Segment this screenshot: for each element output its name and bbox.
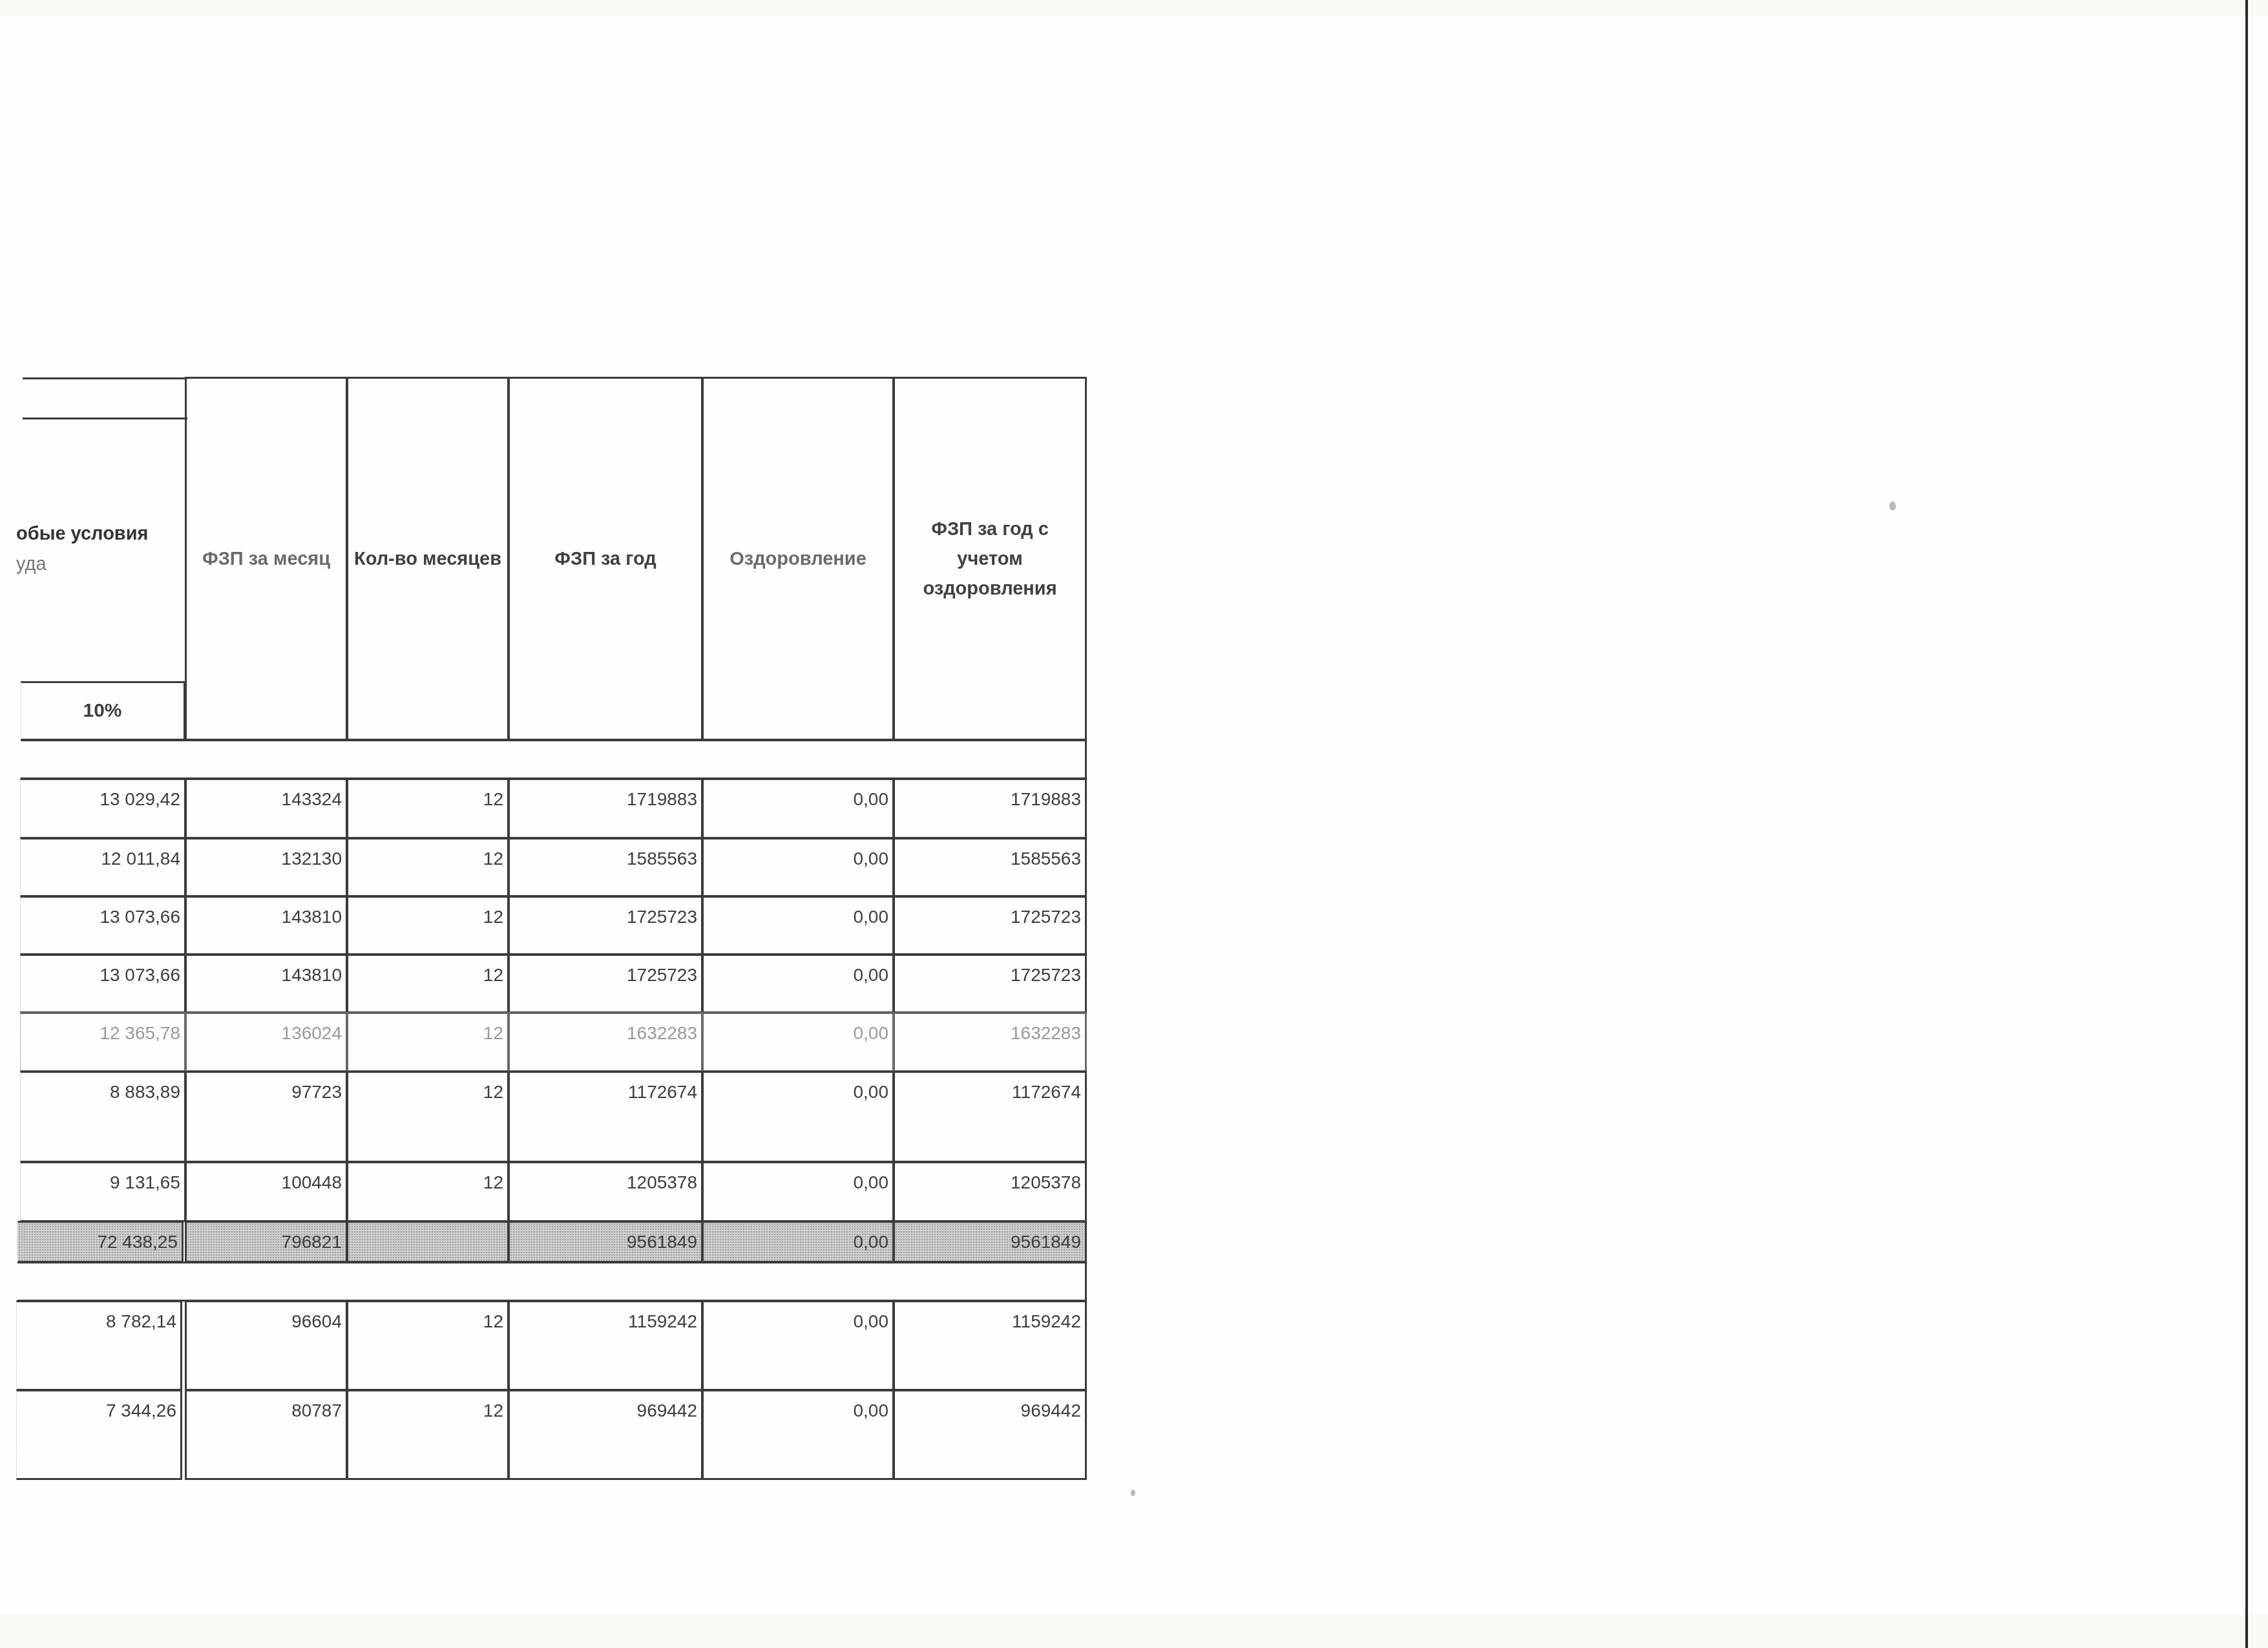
header-fzp-year: ФЗП за год — [508, 377, 703, 741]
cell-fzp-year: 969442 — [508, 1389, 703, 1480]
header-special-conditions: обые условия — [16, 523, 148, 545]
header-subdivider — [23, 417, 187, 419]
cell-special-conditions: 12 011,84 — [20, 838, 186, 897]
cell-recovery: 0,00 — [702, 1389, 894, 1480]
header-percent-cell: 10% — [21, 681, 185, 741]
cell-fzp-year: 1725723 — [508, 896, 703, 955]
cell-recovery: 0,00 — [702, 954, 894, 1013]
cell-fzp-year: 1205378 — [508, 1161, 703, 1222]
cell-fzp-year: 1725723 — [508, 954, 703, 1013]
separator-row — [21, 739, 1087, 779]
cell-months: 12 — [346, 838, 509, 897]
cell-fzp-month: 143810 — [185, 954, 348, 1013]
paper-bottom-edge — [0, 1614, 2268, 1648]
cell-months — [346, 1221, 509, 1263]
paper-top-edge — [0, 0, 2268, 16]
cell-fzp-month: 80787 — [185, 1389, 348, 1480]
cell-fzp-month: 143324 — [185, 778, 348, 839]
cell-fzp-year-with-recovery: 1632283 — [893, 1012, 1087, 1072]
cell-recovery: 0,00 — [702, 1161, 894, 1222]
cell-fzp-year-with-recovery: 969442 — [893, 1389, 1087, 1480]
cell-fzp-year-with-recovery: 1725723 — [893, 896, 1087, 955]
cell-months: 12 — [346, 1012, 509, 1072]
cell-special-conditions: 7 344,26 — [16, 1389, 182, 1480]
cell-fzp-month: 97723 — [185, 1071, 348, 1163]
header-special-conditions-line2: уда — [16, 554, 47, 575]
cell-fzp-month: 132130 — [185, 838, 348, 897]
scan-speck — [1131, 1490, 1135, 1496]
header-top-border — [23, 377, 187, 379]
cell-special-conditions: 13 073,66 — [20, 954, 186, 1013]
cell-months: 12 — [346, 778, 509, 839]
paper-right-edge — [2245, 0, 2248, 1648]
cell-special-conditions: 12 365,78 — [20, 1012, 186, 1072]
cell-recovery: 0,00 — [702, 1071, 894, 1163]
cell-recovery: 0,00 — [702, 778, 894, 839]
cell-fzp-year: 1719883 — [508, 778, 703, 839]
cell-fzp-year: 1585563 — [508, 838, 703, 897]
cell-fzp-year: 1172674 — [508, 1071, 703, 1163]
cell-fzp-year-with-recovery: 1585563 — [893, 838, 1087, 897]
cell-special-conditions: 13 073,66 — [20, 896, 186, 955]
cell-fzp-year-with-recovery: 1172674 — [893, 1071, 1087, 1163]
separator-row — [17, 1262, 1087, 1302]
cell-special-conditions: 9 131,65 — [20, 1161, 186, 1222]
cell-months: 12 — [346, 1300, 509, 1391]
scan-speck — [1889, 502, 1896, 511]
cell-recovery: 0,00 — [702, 1221, 894, 1263]
cell-fzp-month: 96604 — [185, 1300, 348, 1391]
cell-fzp-year: 9561849 — [508, 1221, 703, 1263]
cell-months: 12 — [346, 896, 509, 955]
cell-months: 12 — [346, 1161, 509, 1222]
cell-months: 12 — [346, 1389, 509, 1480]
cell-recovery: 0,00 — [702, 896, 894, 955]
cell-fzp-year: 1632283 — [508, 1012, 703, 1072]
cell-months: 12 — [346, 954, 509, 1013]
cell-months: 12 — [346, 1071, 509, 1163]
cell-special-conditions: 13 029,42 — [20, 778, 186, 839]
header-months-count: Кол-во месяцев — [346, 377, 509, 741]
cell-fzp-year-with-recovery: 1719883 — [893, 778, 1087, 839]
header-recovery: Оздоровление — [702, 377, 894, 741]
cell-special-conditions: 8 883,89 — [20, 1071, 186, 1163]
cell-fzp-year-with-recovery: 1725723 — [893, 954, 1087, 1013]
header-fzp-year-with-recovery: ФЗП за год с учетом оздоровления — [893, 377, 1087, 741]
header-fzp-month: ФЗП за месяц — [185, 377, 348, 741]
cell-recovery: 0,00 — [702, 1300, 894, 1391]
cell-fzp-month: 796821 — [185, 1221, 348, 1263]
cell-fzp-year-with-recovery: 1205378 — [893, 1161, 1087, 1222]
cell-fzp-month: 136024 — [185, 1012, 348, 1072]
cell-fzp-year-with-recovery: 9561849 — [893, 1221, 1087, 1263]
cell-fzp-month: 143810 — [185, 896, 348, 955]
cell-special-conditions: 8 782,14 — [16, 1300, 182, 1391]
cell-special-conditions: 72 438,25 — [17, 1221, 184, 1263]
cell-fzp-year-with-recovery: 1159242 — [893, 1300, 1087, 1391]
cell-recovery: 0,00 — [702, 1012, 894, 1072]
cell-recovery: 0,00 — [702, 838, 894, 897]
cell-fzp-month: 100448 — [185, 1161, 348, 1222]
cell-fzp-year: 1159242 — [508, 1300, 703, 1391]
